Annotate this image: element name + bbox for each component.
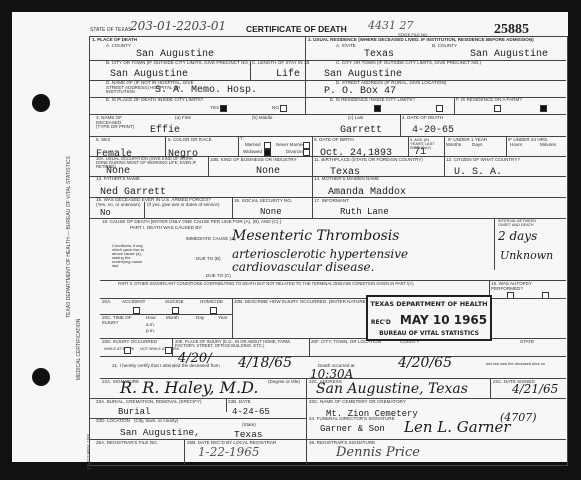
armed-forces: No	[100, 209, 111, 218]
side-section-label: MEDICAL CERTIFICATION	[76, 319, 82, 380]
dob-label: 8. DATE OF BIRTH	[314, 138, 354, 143]
divider	[232, 197, 233, 218]
res-address-label: d. STREET ADDRESS (If rural, give locati…	[336, 81, 446, 86]
divider	[238, 136, 239, 156]
injury-state-label: STATE	[520, 340, 534, 345]
due-c-label: DUE TO (c)	[206, 274, 231, 279]
pod-yes-label: YES	[210, 106, 219, 111]
state-sub: (State)	[242, 423, 256, 428]
never-married-label: Never Married	[276, 143, 305, 148]
stamp-bureau: BUREAU OF VITAL STATISTICS	[368, 330, 490, 337]
sex-label: 5. SEX	[96, 138, 110, 143]
minutes-label: Minutes	[540, 143, 556, 148]
res-city-label: c. CITY OR TOWN (If outside city limits,…	[336, 61, 481, 66]
res-state-label: a. STATE	[336, 44, 356, 49]
hours-label: Hours	[510, 143, 522, 148]
pod-county-label: a. COUNTY	[106, 44, 131, 49]
cause-label: 18. CAUSE OF DEATH [Enter only one cause…	[102, 220, 281, 225]
state-label: STATE OF TEXAS	[90, 28, 131, 33]
cemetery-label: 23c. NAME OF CEMETERY OR CREMATORY	[309, 400, 406, 405]
armed-forces-sub: (Yes, no, or unknown)	[96, 203, 141, 208]
certificate-title: CERTIFICATE OF DEATH	[246, 24, 347, 34]
disposition-label: 23a. BURIAL, CREMATION, REMOVAL (Specify…	[96, 400, 202, 405]
first-label: (a) First	[175, 116, 191, 121]
divider	[444, 136, 445, 156]
married-checkbox[interactable]	[264, 142, 271, 149]
last-label: (c) Last	[348, 116, 363, 121]
suicide-label: SUICIDE	[165, 300, 184, 305]
months-label: Months	[446, 143, 461, 148]
divider	[444, 156, 445, 176]
not-while-at-work-checkbox[interactable]	[165, 347, 172, 354]
res-state: Texas	[364, 50, 394, 60]
pod-inside-no-checkbox[interactable]	[280, 105, 287, 112]
side-department-text: TEXAS DEPARTMENT OF HEALTH — BUREAU OF V…	[66, 156, 72, 318]
res-inside-no-checkbox[interactable]	[436, 105, 443, 112]
am-label: a.m.	[146, 323, 155, 328]
divider	[309, 338, 310, 356]
last-saw-date: 4/20/65	[398, 356, 452, 370]
state-file-handwritten: 4431 27	[368, 20, 414, 31]
name-label: 3. NAME OF DECEASED (Type or print)	[96, 116, 136, 130]
pod-city: San Augustine	[110, 70, 188, 80]
homicide-checkbox[interactable]	[210, 307, 217, 314]
day-label: Day	[196, 316, 204, 321]
not-while-at-work-label: NOT WHILE AT WORK	[140, 348, 179, 352]
conditions-note: Conditions, if any, which gave rise to a…	[112, 244, 148, 268]
pod-no-label: NO	[272, 106, 279, 111]
injury-occurred-label: 20d. INJURY OCCURRED	[102, 340, 157, 345]
place-of-injury-label: 20e. PLACE OF INJURY (e.g., in or about …	[175, 340, 310, 348]
place-of-death-label: 1. PLACE OF DEATH	[92, 38, 137, 43]
interval-a: 2 days	[498, 230, 537, 242]
local-number: 203-01-2203-01	[130, 20, 226, 32]
burial-date: 4-24-65	[232, 408, 270, 417]
res-county: San Augustine	[470, 50, 548, 60]
divorced-checkbox[interactable]	[303, 149, 310, 156]
divider	[232, 298, 233, 338]
birthplace-label: 11. BIRTHPLACE (State or foreign country…	[314, 158, 423, 163]
date-of-death: 4-20-65	[412, 126, 454, 136]
informant-label: 17. INFORMANT	[314, 199, 349, 204]
burial-location: San Augustine,	[120, 428, 200, 438]
attended-to-date: 4/18/65	[238, 356, 292, 370]
label-20a: 20a.	[102, 300, 111, 305]
residence-label: 2. USUAL RESIDENCE (Where deceased lived…	[308, 38, 534, 43]
pod-stay: Life	[276, 70, 300, 80]
married-label: Married	[245, 143, 261, 148]
immediate-label: IMMEDIATE CAUSE (a)	[186, 237, 236, 242]
disposition: Burial	[118, 408, 150, 417]
pod-hospital: S. A. Memo. Hosp.	[155, 86, 257, 96]
divider	[306, 398, 307, 464]
hour-label: Hour	[146, 316, 156, 321]
divider	[490, 378, 491, 398]
pod-city-label: b. CITY OR TOWN (If outside city limits,…	[106, 61, 251, 66]
ssn: None	[260, 208, 282, 217]
divider	[306, 378, 307, 398]
divider	[208, 156, 209, 176]
days-label: Days	[472, 143, 482, 148]
divider	[454, 97, 455, 114]
res-inside-yes-checkbox[interactable]	[374, 105, 381, 112]
divider	[250, 60, 251, 80]
stamp-date: MAY 10 1965	[400, 313, 487, 327]
res-address: P. O. Box 47	[324, 87, 396, 97]
citizen-label: 12. CITIZEN OF WHAT COUNTRY?	[446, 158, 520, 163]
punch-hole	[32, 94, 50, 112]
divider	[400, 114, 401, 136]
res-inside-city-label: e. IS RESIDENCE INSIDE CITY LIMITS?	[330, 98, 415, 103]
divider	[165, 136, 166, 156]
widowed-checkbox[interactable]	[264, 149, 271, 156]
ssn-label: 16. SOCIAL SECURITY NO.	[234, 199, 292, 204]
divorced-label: Divorced	[286, 150, 304, 155]
while-at-work-checkbox[interactable]	[124, 347, 131, 354]
divider	[312, 136, 313, 156]
res-city: San Augustine	[324, 70, 402, 80]
funeral-director-number: (4707)	[500, 412, 537, 423]
physician-address: San Augustine, Texas	[316, 382, 468, 396]
marital-label: 7.	[240, 137, 244, 142]
accident-checkbox[interactable]	[133, 307, 140, 314]
location-sub: (City, town, or county)	[134, 419, 178, 424]
stamp-recd: REC'D	[371, 319, 391, 326]
pod-county: San Augustine	[136, 50, 214, 60]
date-signed: 4/21/65	[512, 383, 558, 395]
res-farm-yes-checkbox[interactable]	[494, 105, 501, 112]
war-label: (If yes, give war or dates of service)	[147, 203, 220, 208]
degree-label: (Degree or title)	[268, 380, 300, 385]
funeral-director-label: 24. FUNERAL DIRECTOR'S SIGNATURE	[309, 417, 395, 422]
interval-label: INTERVAL BETWEEN ONSET AND DEATH	[498, 220, 542, 228]
divider	[89, 114, 566, 115]
month-label: Month	[166, 316, 179, 321]
res-farm-no-checkbox[interactable]	[540, 105, 547, 112]
autopsy-label: 19. WAS AUTOPSY PERFORMED?	[491, 282, 551, 291]
location-label: 23d. LOCATION	[96, 419, 130, 424]
year-label: Year	[218, 316, 227, 321]
divider	[184, 439, 185, 464]
funeral-director-signature: Len L. Garner	[404, 420, 511, 435]
due-b-label: DUE TO (b)	[196, 257, 221, 262]
registrar-date: 1-22-1965	[198, 446, 260, 458]
physician-signature: R. R. Haley, M.D.	[120, 380, 258, 396]
burial-date-label: 23b. DATE	[228, 400, 251, 405]
homicide-label: HOMICIDE	[200, 300, 223, 305]
divider	[312, 156, 313, 218]
part2-label: PART II. OTHER SIGNIFICANT CONDITIONS CO…	[118, 282, 414, 286]
divider	[226, 398, 227, 412]
time-of-injury-label: 20c. TIME OF INJURY	[102, 316, 132, 325]
pod-stay-label: c. LENGTH OF STAY in 1b	[252, 61, 309, 66]
never-married-checkbox[interactable]	[303, 142, 310, 149]
immediate-cause: Mesenteric Thrombosis	[232, 229, 399, 243]
funeral-home: Garner & Son	[320, 425, 385, 434]
divider	[100, 356, 566, 357]
res-county-label: b. COUNTY	[432, 44, 457, 49]
divider	[408, 136, 409, 156]
received-stamp: TEXAS DEPARTMENT OF HEALTH REC'D MAY 10 …	[366, 295, 492, 341]
attended-from-date: 4/20/	[178, 352, 212, 365]
last-saw-label: and last saw the deceased alive on	[486, 363, 545, 367]
accident-label: ACCIDENT	[122, 300, 145, 305]
mother-label: 14. MOTHER'S MAIDEN NAME	[314, 177, 379, 182]
industry-label: 10b. KIND OF BUSINESS OR INDUSTRY	[210, 158, 297, 163]
divider	[144, 202, 145, 218]
due-to-b: arteriosclerotic hypertensive cardiovasc…	[232, 248, 492, 274]
punch-hole	[32, 368, 50, 386]
suicide-checkbox[interactable]	[172, 307, 179, 314]
pm-label: p.m.	[146, 329, 155, 334]
divider	[494, 218, 495, 270]
registrar-signature: Dennis Price	[336, 446, 420, 459]
race-label: 6. COLOR OR RACE	[168, 138, 212, 143]
pod-inside-yes-checkbox[interactable]	[220, 105, 227, 112]
widowed-label: Widowed	[243, 150, 262, 155]
dod-label: 4. DATE OF DEATH	[402, 116, 443, 121]
stamp-department: TEXAS DEPARTMENT OF HEALTH	[368, 300, 490, 308]
res-farm-label: f. IS RESIDENCE ON A FARM?	[456, 98, 522, 103]
divider	[172, 338, 173, 356]
registrar-file-label: 25a. REGISTRAR'S FILE NO.	[96, 441, 158, 446]
interval-b: Unknown	[500, 250, 553, 261]
pod-inside-city-label: e. IS PLACE OF DEATH INSIDE CITY LIMITS?	[106, 98, 203, 103]
divider	[305, 36, 306, 114]
informant: Ruth Lane	[340, 208, 389, 217]
middle-label: (b) Middle	[252, 116, 272, 121]
part1-label: PART I. DEATH WAS CAUSED BY:	[130, 226, 203, 231]
father-label: 13. FATHER'S NAME	[96, 177, 140, 182]
divider	[506, 136, 507, 156]
last-name: Garrett	[340, 126, 382, 136]
first-name: Effie	[150, 126, 180, 136]
